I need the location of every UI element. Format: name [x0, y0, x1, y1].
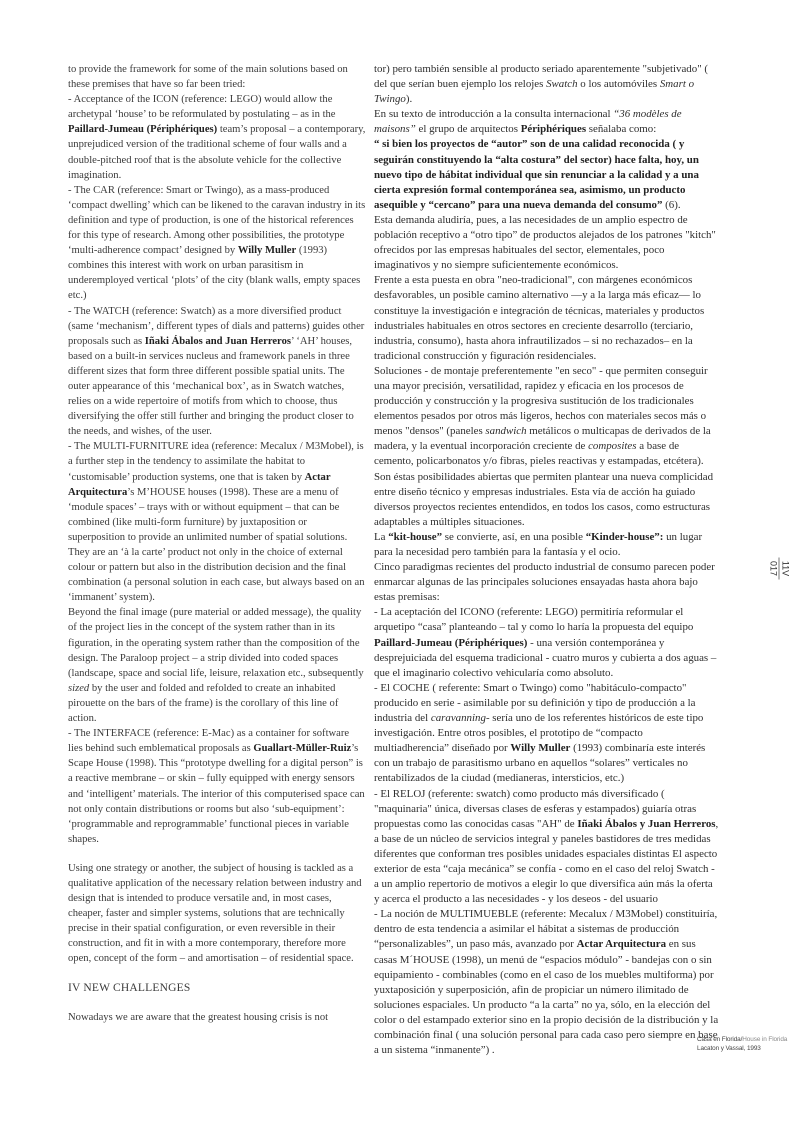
paragraph: Beyond the final image (pure material or… [68, 605, 366, 726]
paragraph: En su texto de introducción a la consult… [374, 107, 719, 137]
caption-title-es: Casa en Florida/ [697, 1036, 742, 1043]
paragraph: Son éstas posibilidades abiertas que per… [374, 470, 719, 530]
text-run: en sus casas M´HOUSE (1998), un menú de … [374, 938, 718, 1056]
spanish-column: tor) pero también sensible al producto s… [374, 62, 719, 1058]
text-run: to provide the framework for some of the… [68, 64, 348, 90]
paragraph: La “kit-house” se convierte, así, en una… [374, 530, 719, 560]
page-marker-divider [779, 557, 780, 579]
text-run: Frente a esta puesta en obra "neo-tradic… [374, 274, 704, 361]
figure-caption: Casa en Florida/House in Florida Lacaton… [697, 1035, 797, 1053]
paragraph: Frente a esta puesta en obra "neo-tradic… [374, 273, 719, 364]
english-paragraphs: to provide the framework for some of the… [68, 62, 366, 967]
bold-name: Guallart-Müller-Ruiz [253, 743, 351, 754]
italic-term: sized [68, 683, 89, 694]
page-marker: 11V 017 [764, 552, 794, 584]
text-run: ). [406, 93, 412, 105]
text-run: - Acceptance of the ICON (reference: LEG… [68, 94, 336, 120]
paragraph: - La noción de MULTIMUEBLE (referente: M… [374, 907, 719, 1058]
text-run: ’ ‘AH’ houses, based on a built-in servi… [68, 336, 354, 438]
paragraph: Soluciones - de montaje preferentemente … [374, 364, 719, 470]
paragraph: tor) pero también sensible al producto s… [374, 62, 719, 107]
text-run: La [374, 531, 388, 543]
bold-name: Paillard-Jumeau (Périphériques) [68, 124, 217, 135]
paragraph: - The MULTI-FURNITURE idea (reference: M… [68, 439, 366, 605]
text-run: - La aceptación del ICONO (referente: LE… [374, 606, 693, 633]
paragraph: - The INTERFACE (reference: E-Mac) as a … [68, 726, 366, 847]
text-run: señalaba como: [586, 123, 656, 135]
bold-name: “kit-house” [388, 531, 442, 543]
italic-term: caravanning [431, 712, 486, 724]
italic-term: Swatch [546, 78, 577, 90]
italic-term: sandwich [485, 425, 526, 437]
bold-name: Iñaki Ábalos y Juan Herreros [577, 818, 715, 830]
paragraph: to provide the framework for some of the… [68, 62, 366, 92]
paragraph: Using one strategy or another, the subje… [68, 861, 366, 967]
paragraph: Cinco paradigmas recientes del producto … [374, 560, 719, 605]
text-run: Using one strategy or another, the subje… [68, 863, 362, 965]
bold-name: “ si bien los proyectos de “autor” son d… [374, 138, 699, 210]
section-heading: IV NEW CHALLENGES [68, 981, 366, 996]
bold-name: Willy Muller [238, 245, 296, 256]
paragraph: Esta demanda aludiría, pues, a las neces… [374, 213, 719, 273]
bold-name: Paillard-Jumeau (Périphériques) [374, 637, 527, 649]
text-run: el grupo de arquitectos [416, 123, 521, 135]
bold-name: Actar Arquitectura [577, 938, 666, 950]
english-column: to provide the framework for some of the… [68, 62, 366, 1025]
page-number: 017 [769, 560, 778, 575]
italic-term: composites [588, 440, 636, 452]
text-run: Son éstas posibilidades abiertas que per… [374, 471, 713, 528]
spanish-paragraphs: tor) pero también sensible al producto s… [374, 62, 719, 1058]
closing-paragraph: Nowadays we are aware that the greatest … [68, 1010, 366, 1025]
text-run: ’s M’HOUSE houses (1998). These are a me… [68, 487, 365, 604]
text-run: Beyond the final image (pure material or… [68, 607, 364, 678]
paragraph: - The WATCH (reference: Swatch) as a mor… [68, 304, 366, 440]
text-run: Esta demanda aludiría, pues, a las neces… [374, 214, 716, 271]
paragraph: - Acceptance of the ICON (reference: LEG… [68, 92, 366, 183]
paragraph: - El COCHE ( referente: Smart o Twingo) … [374, 681, 719, 787]
text-run: Cinco paradigmas recientes del producto … [374, 561, 715, 603]
paragraph: - The CAR (reference: Smart or Twingo), … [68, 183, 366, 304]
text-run: (6). [662, 199, 680, 211]
bold-name: Périphériques [521, 123, 586, 135]
paragraph: - El RELOJ (referente: swatch) como prod… [374, 787, 719, 908]
text-run: En su texto de introducción a la consult… [374, 108, 613, 120]
bold-name: “Kinder-house”: [586, 531, 664, 543]
text-run: se convierte, así, en una posible [442, 531, 586, 543]
caption-credit: Lacaton y Vassal, 1993 [697, 1044, 797, 1053]
caption-title-en: House in Florida [742, 1036, 787, 1043]
paragraph-gap [68, 847, 366, 861]
paragraph: “ si bien los proyectos de “autor” son d… [374, 137, 719, 212]
text-run: , a base de un núcleo de servicios integ… [374, 818, 718, 905]
text-run: o los automóviles [578, 78, 660, 90]
bold-name: Willy Muller [510, 742, 570, 754]
bold-name: Iñaki Ábalos and Juan Herreros [145, 336, 291, 347]
text-run: by the user and folded and refolded to c… [68, 683, 338, 724]
page-section-label: 11V [781, 560, 790, 575]
text-run: ’s Scape House (1998). This “prototype d… [68, 743, 365, 845]
paragraph: - La aceptación del ICONO (referente: LE… [374, 605, 719, 680]
